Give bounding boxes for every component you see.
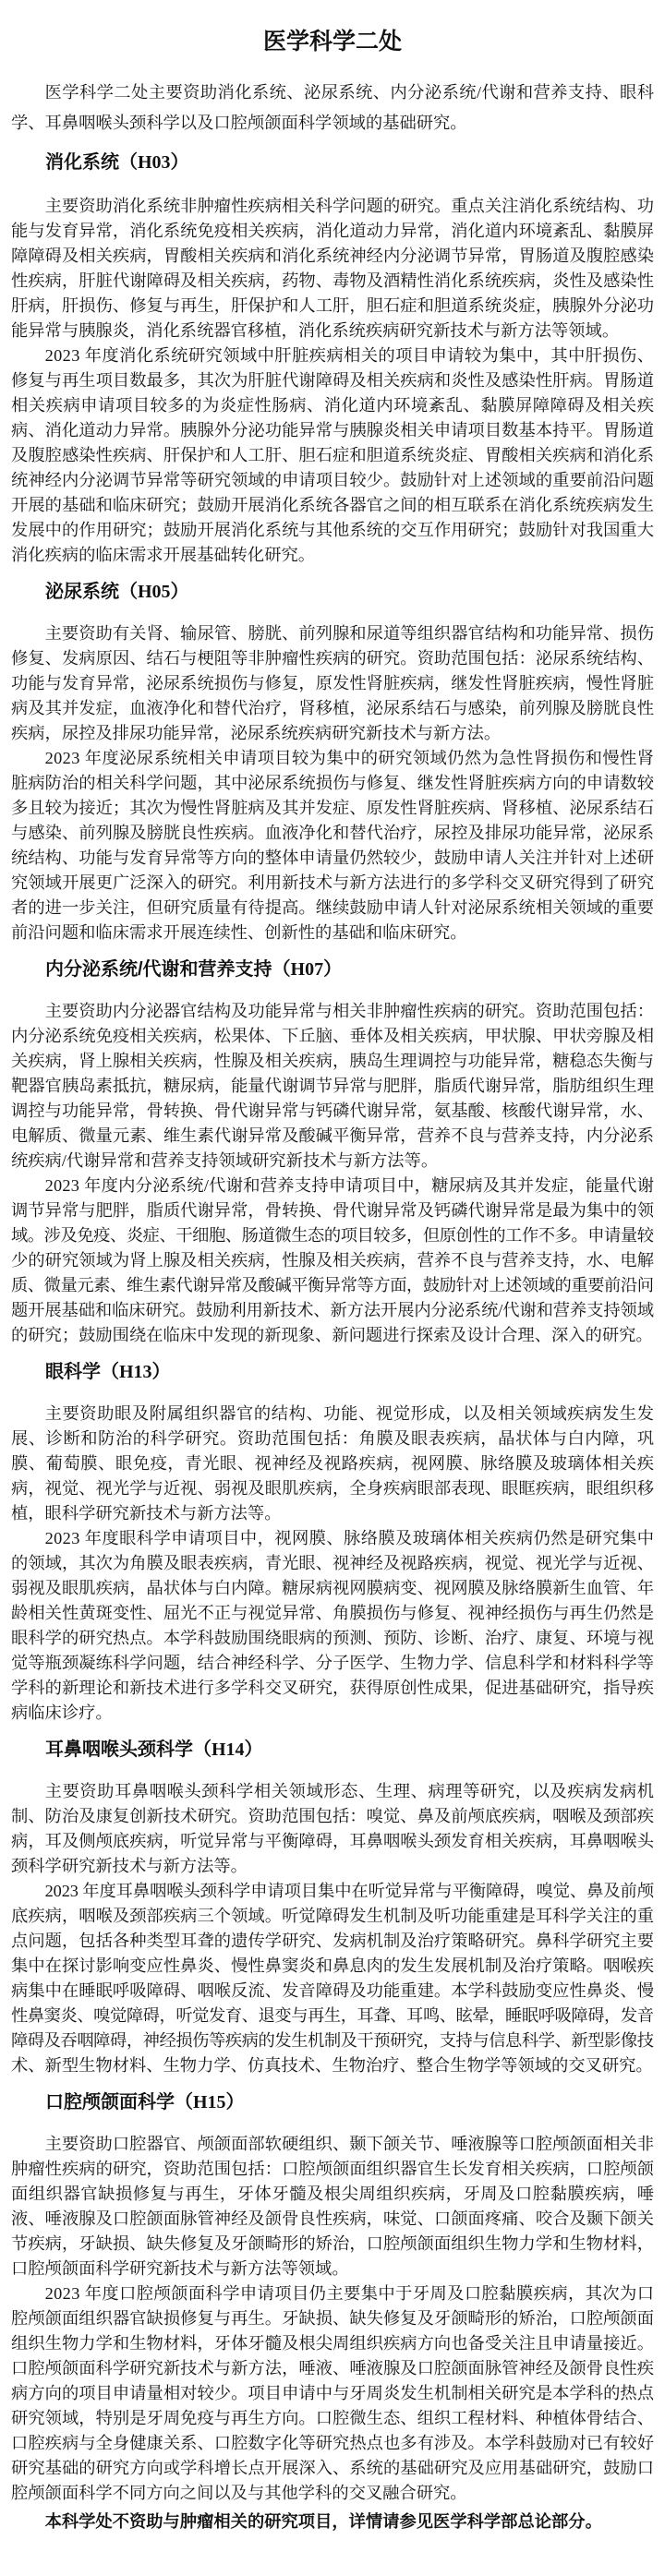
paragraph: 2023 年度消化系统研究领域中肝脏疾病相关的项目申请较为集中，其中肝损伤、 修… (11, 343, 654, 568)
text-line: 膜、葡萄膜、眼免疫，青光眼、视神经及视路疾病，视网膜、脉络膜及玻璃体相关疾 (11, 1451, 654, 1476)
heading-code: （H15） (175, 2092, 245, 2113)
section-digestive-system: 消化系统（H03） 主要资助消化系统非肿瘤性疾病相关科学问题的研究。重点关注消化… (11, 149, 654, 568)
text-line: 病集中在睡眠呼吸障碍、咽喉反流、发音障碍及功能重建。本学科鼓励变应性鼻炎、慢 (11, 1979, 654, 2004)
text-line: 展、诊断和防治的科学研究。资助范围包括：角膜及眼表疾病，晶状体与白内障，巩 (11, 1426, 654, 1451)
text-line: 病临床诊疗。 (11, 1701, 654, 1726)
text-line: 病，视觉、视光学与近视、弱视及眼肌疾病，全身疾病眼部表现、眼眶疾病，眼组织移 (11, 1476, 654, 1501)
heading-name: 口腔颅颌面科学 (45, 2092, 175, 2113)
text-line: 术、新型生物材料、生物力学、仿真技术、生物治疗、整合生物学等领域的交叉研究。 (11, 2053, 654, 2078)
text-line: 点问题，包括各种类型耳聋的遗传学研究、发病机制及治疗策略研究。鼻科学研究主要 (11, 1929, 654, 1954)
text-line: 脏病防治的相关科学问题，其中泌尿系统损伤与修复、继发性肾脏疾病方向的申请数较 (11, 771, 654, 796)
footnote: 本科学处不资助与肿瘤相关的研究项目，详情请参见医学科学部总论部分。 (11, 2509, 654, 2534)
text-line: 的领域，其次为角膜及眼表疾病，青光眼、视神经及视路疾病，视觉、视光学与近视、 (11, 1551, 654, 1576)
text-line: 修复与再生项目数最多，其次为肝脏代谢障碍及相关疾病和炎性及感染性肝病。胃肠道 (11, 368, 654, 393)
text-line: 究领域开展更广泛深入的研究。利用新技术与新方法进行的多学科交叉研究得到了研究 (11, 871, 654, 896)
text-line: 调节异常与肥胖，脂质代谢异常，骨转换、骨代谢异常及钙磷代谢异常是最为集中的领 (11, 1198, 654, 1223)
text-line: 主要资助内分泌器官结构及功能异常与相关非肿瘤性疾病的研究。资助范围包括： (11, 999, 654, 1024)
paragraph: 2023 年度内分泌系统/代谢和营养支持申请项目中，糖尿病及其并发症，能量代谢 … (11, 1174, 654, 1348)
text-line: 节疾病，牙缺损、缺失修复及牙颌畸形的矫治，口腔颅颌面组织生物力学和生物材料， (11, 2232, 654, 2257)
text-line: 龄相关性黄斑变性、屈光不正与视觉异常、角膜损伤与修复、视神经损伤与再生仍然是 (11, 1601, 654, 1626)
paragraph: 2023 年度泌尿系统相关申请项目较为集中的研究领域仍然为急性肾损伤和慢性肾 脏… (11, 746, 654, 945)
text-line: 性疾病，肝脏代谢障碍及相关疾病，药物、毒物及酒精性消化系统疾病，炎性及感染性 (11, 269, 654, 294)
text-line: 病方向的项目申请量相对较少。项目申请中与牙周炎发生机制相关研究是本学科的热点 (11, 2381, 654, 2406)
section-heading: 消化系统（H03） (11, 149, 654, 176)
section-heading: 耳鼻咽喉头颈科学（H14） (11, 1736, 654, 1763)
text-line: 底疾病，咽喉及颈部疾病三个领域。听觉障碍发生机制及听功能重建是耳科学关注的重 (11, 1904, 654, 1929)
text-line: 主要资助有关肾、输尿管、膀胱、前列腺和尿道等组织器官结构和功能异常、损伤 (11, 621, 654, 646)
text-line: 消化疾病的临床需求开展基础转化研究。 (11, 543, 654, 568)
text-line: 题开展基础和临床研究。鼓励利用新技术、新方法开展内分泌系统/代谢和营养支持领域 (11, 1298, 654, 1323)
text-line: 疾病，尿控及排尿功能异常，泌尿系统疾病研究新技术与新方法。 (11, 721, 654, 746)
text-line: 能与发育异常，消化系统免疫相关疾病，消化道动力异常，消化道内环境紊乱、黏膜屏 (11, 219, 654, 244)
text-line: 质、微量元素、维生素代谢异常及酸碱平衡异常等方面，鼓励针对上述领域的重要前沿问 (11, 1273, 654, 1298)
text-line: 颈科学研究新技术与新方法等。 (11, 1854, 654, 1879)
text-line: 医学科学二处主要资助消化系统、泌尿系统、内分泌系统/代谢和营养支持、眼科 (11, 78, 654, 108)
heading-name: 耳鼻咽喉头颈科学 (45, 1739, 193, 1760)
text-line: 相关疾病申请项目较多的为炎症性肠病、消化道内环境紊乱、黏膜屏障障碍及相关疾 (11, 393, 654, 418)
heading-code: （H05） (119, 582, 189, 602)
text-line: 者的进一步关注，但研究质量有待提高。继续鼓励申请人针对泌尿系统相关领域的重要 (11, 896, 654, 921)
text-line: 研究领域，特别是牙周免疫与再生方向。口腔微生态、组织工程材料、种植体骨结合、 (11, 2406, 654, 2431)
paragraph: 主要资助耳鼻咽喉头颈科学相关领域形态、生理、病理等研究，以及疾病发病机 制、防治… (11, 1779, 654, 1879)
paragraph: 2023 年度耳鼻咽喉头颈科学申请项目集中在听觉异常与平衡障碍，嗅觉、鼻及前颅 … (11, 1879, 654, 2078)
text-line: 统神经内分泌调节异常等研究领域的申请项目较少。鼓励针对上述领域的重要前沿问题 (11, 468, 654, 493)
paragraph: 主要资助眼及附属组织器官的结构、功能、视觉形成，以及相关领域疾病发生发 展、诊断… (11, 1402, 654, 1526)
paragraph: 主要资助内分泌器官结构及功能异常与相关非肿瘤性疾病的研究。资助范围包括： 内分泌… (11, 999, 654, 1174)
text-line: 靶器官胰岛素抵抗，糖尿病，能量代谢调节异常与肥胖，脂质代谢异常，脂肪组织生理 (11, 1074, 654, 1099)
text-line: 研究基础的研究方向或学科增长点开展深入、系统的基础研究及应用基础研究，鼓励口 (11, 2456, 654, 2481)
text-line: 障障碍及相关疾病，胃酸相关疾病和消化系统神经内分泌调节异常，胃肠道及腹腔感染 (11, 244, 654, 269)
text-line: 多且较为接近；其次为慢性肾脏病及其并发症、原发性肾脏疾病、肾移植、泌尿系结石 (11, 796, 654, 821)
section-otorhinolaryngology: 耳鼻咽喉头颈科学（H14） 主要资助耳鼻咽喉头颈科学相关领域形态、生理、病理等研… (11, 1736, 654, 2078)
text-line: 关疾病，肾上腺相关疾病，性腺及相关疾病，胰岛生理调控与功能异常，糖稳态失衡与 (11, 1049, 654, 1074)
text-line: 性鼻窦炎、嗅觉障碍，听觉发育、退变与再生，耳聋、耳鸣、眩晕，睡眠呼吸障碍，发音 (11, 2004, 654, 2028)
section-heading: 口腔颅颌面科学（H15） (11, 2088, 654, 2116)
section-heading: 内分泌系统/代谢和营养支持（H07） (11, 956, 654, 983)
text-line: 开展的基础和临床研究；鼓励开展消化系统各器官之间的相互联系在消化系统疾病发生 (11, 493, 654, 518)
heading-code: （H07） (272, 959, 343, 980)
section-heading: 眼科学（H13） (11, 1358, 654, 1386)
paragraph: 主要资助口腔器官、颅颌面部软硬组织、颞下颌关节、唾液腺等口腔颅颌面相关非 肿瘤性… (11, 2132, 654, 2281)
text-line: 与感染、前列腺及膀胱良性疾病。血液净化和替代治疗，尿控及排尿功能异常，泌尿系 (11, 821, 654, 846)
text-line: 统结构、功能与发育异常等方向的整体申请量仍然较少，鼓励申请人关注并针对上述研 (11, 846, 654, 871)
text-line: 病、消化道动力异常。胰腺外分泌功能异常与胰腺炎相关申请项目数基本持平。胃肠道 (11, 418, 654, 443)
text-line: 液、唾液腺及口腔颌面脉管神经及颌骨良性疾病，味觉、口颌面疼痛、咬合及颞下颌关 (11, 2207, 654, 2232)
paragraph: 2023 年度眼科学申请项目中，视网膜、脉络膜及玻璃体相关疾病仍然是研究集中 的… (11, 1526, 654, 1726)
text-line: 能异常与胰腺炎，消化系统器官移植，消化系统疾病研究新技术与新方法等领域。 (11, 319, 654, 343)
text-line: 2023 年度耳鼻咽喉头颈科学申请项目集中在听觉异常与平衡障碍，嗅觉、鼻及前颅 (11, 1879, 654, 1904)
text-line: 2023 年度口腔颅颌面科学申请项目仍主要集中于牙周及口腔黏膜疾病，其次为口 (11, 2281, 654, 2306)
text-line: 2023 年度泌尿系统相关申请项目较为集中的研究领域仍然为急性肾损伤和慢性肾 (11, 746, 654, 771)
text-line: 口腔颅颌面科学研究新技术与新方法等领域。 (11, 2257, 654, 2281)
paragraph: 主要资助有关肾、输尿管、膀胱、前列腺和尿道等组织器官结构和功能异常、损伤 修复、… (11, 621, 654, 746)
heading-name: 消化系统 (45, 152, 119, 173)
text-line: 及腹腔感染性疾病、肝保护和人工肝、胆石症和胆道系统炎症、胃酸相关疾病和消化系 (11, 443, 654, 468)
text-line: 弱视及眼肌疾病，晶状体与白内障。糖尿病视网膜病变、视网膜及脉络膜新生血管、年 (11, 1576, 654, 1601)
text-line: 主要资助耳鼻咽喉头颈科学相关领域形态、生理、病理等研究，以及疾病发病机 (11, 1779, 654, 1804)
text-line: 眼科学的研究热点。本学科鼓励围绕眼病的预测、预防、诊断、治疗、康复、环境与视 (11, 1626, 654, 1651)
heading-code: （H14） (193, 1739, 263, 1760)
text-line: 2023 年度眼科学申请项目中，视网膜、脉络膜及玻璃体相关疾病仍然是研究集中 (11, 1526, 654, 1551)
text-line: 2023 年度消化系统研究领域中肝脏疾病相关的项目申请较为集中，其中肝损伤、 (11, 343, 654, 368)
text-line: 制、防治及康复创新技术研究。资助范围包括：嗅觉、鼻及前颅底疾病，咽喉及颈部疾 (11, 1804, 654, 1829)
text-line: 口腔颅颌面科学研究新技术与新方法，唾液、唾液腺及口腔颌面脉管神经及颌骨良性疾 (11, 2356, 654, 2381)
text-line: 集中在探讨影响变应性鼻炎、慢性鼻窦炎和鼻息肉的发生发展机制及治疗策略。咽喉疾 (11, 1954, 654, 1979)
text-line: 域。涉及免疫、炎症、干细胞、肠道微生态的项目较多，但原创性的工作不多。申请量较 (11, 1223, 654, 1248)
text-line: 学科的新理论和新技术进行多学科交叉研究，获得原创性成果，促进基础研究，指导疾 (11, 1676, 654, 1701)
text-line: 内分泌系统免疫相关疾病，松果体、下丘脑、垂体及相关疾病，甲状腺、甲状旁腺及相 (11, 1024, 654, 1049)
text-line: 障碍及吞咽障碍，神经损伤等疾病的发生机制及干预研究，支持与信息科学、新型影像技 (11, 2028, 654, 2053)
text-line: 面组织器官缺损修复与再生，牙体牙髓及根尖周组织疾病，牙周及口腔黏膜疾病，唾 (11, 2182, 654, 2207)
text-line: 电解质、微量元素、维生素代谢异常及酸碱平衡异常，营养不良与营养支持，内分泌系 (11, 1124, 654, 1149)
text-line: 主要资助口腔器官、颅颌面部软硬组织、颞下颌关节、唾液腺等口腔颅颌面相关非 (11, 2132, 654, 2157)
text-line: 2023 年度内分泌系统/代谢和营养支持申请项目中，糖尿病及其并发症，能量代谢 (11, 1174, 654, 1198)
text-line: 腔颅颌面科学不同方向之间以及与其他学科的交叉融合研究。 (11, 2481, 654, 2506)
paragraph: 主要资助消化系统非肿瘤性疾病相关科学问题的研究。重点关注消化系统结构、功 能与发… (11, 194, 654, 343)
text-line: 发展中的作用研究；鼓励开展消化系统与其他系统的交互作用研究；鼓励针对我国重大 (11, 518, 654, 543)
text-line: 统疾病/代谢异常和营养支持领域研究新技术与新方法等。 (11, 1149, 654, 1174)
text-line: 调控与功能异常，骨转换、骨代谢异常与钙磷代谢异常，氨基酸、核酸代谢异常，水、 (11, 1099, 654, 1124)
text-line: 肝病，肝损伤、修复与再生，肝保护和人工肝，胆石症和胆道系统炎症，胰腺外分泌功 (11, 294, 654, 319)
text-line: 觉等瓶颈凝练科学问题，结合神经科学、分子医学、生物力学、信息科学和材料科学等 (11, 1651, 654, 1676)
text-line: 组织生物力学和生物材料，牙体牙髓及根尖周组织疾病方向也备受关注且申请量接近。 (11, 2331, 654, 2356)
text-line: 学、耳鼻咽喉头颈科学以及口腔颅颌面科学领域的基础研究。 (11, 108, 654, 138)
text-line: 病及其并发症，血液净化和替代治疗，肾移植，泌尿系结石与感染，前列腺及膀胱良性 (11, 696, 654, 721)
text-line: 肿瘤性疾病的研究，资助范围包括：口腔颅颌面组织器官生长发育相关疾病，口腔颅颌 (11, 2157, 654, 2182)
text-line: 腔颅颌面组织器官缺损修复与再生。牙缺损、缺失修复及牙颌畸形的矫治，口腔颅颌面 (11, 2306, 654, 2331)
text-line: 功能与发育异常，泌尿系统损伤与修复，原发性肾脏疾病，继发性肾脏疾病，慢性肾脏 (11, 671, 654, 696)
text-line: 口腔疾病与全身健康关系、口腔数字化等研究热点也多有涉及。本学科鼓励对已有较好 (11, 2431, 654, 2456)
heading-code: （H03） (119, 152, 189, 173)
text-line: 的研究；鼓励围绕在临床中发现的新现象、新问题进行探索及设计合理、深入的研究。 (11, 1323, 654, 1348)
section-heading: 泌尿系统（H05） (11, 578, 654, 606)
heading-name: 眼科学 (45, 1362, 101, 1382)
text-line: 少的研究领域为肾上腺及相关疾病，性腺及相关疾病，营养不良与营养支持，水、电解 (11, 1248, 654, 1273)
text-line: 植，眼科学研究新技术与新方法等。 (11, 1501, 654, 1526)
text-line: 主要资助眼及附属组织器官的结构、功能、视觉形成，以及相关领域疾病发生发 (11, 1402, 654, 1426)
section-ophthalmology: 眼科学（H13） 主要资助眼及附属组织器官的结构、功能、视觉形成，以及相关领域疾… (11, 1358, 654, 1726)
paragraph: 2023 年度口腔颅颌面科学申请项目仍主要集中于牙周及口腔黏膜疾病，其次为口 腔… (11, 2281, 654, 2506)
heading-name: 泌尿系统 (45, 582, 119, 602)
heading-code: （H13） (101, 1362, 171, 1382)
document-page: 医学科学二处 医学科学二处主要资助消化系统、泌尿系统、内分泌系统/代谢和营养支持… (0, 0, 665, 2576)
intro-paragraph: 医学科学二处主要资助消化系统、泌尿系统、内分泌系统/代谢和营养支持、眼科 学、耳… (11, 78, 654, 138)
text-line: 前沿问题和临床需求开展连续性、创新性的基础和临床研究。 (11, 921, 654, 945)
section-endocrine-metabolism-nutrition: 内分泌系统/代谢和营养支持（H07） 主要资助内分泌器官结构及功能异常与相关非肿… (11, 956, 654, 1348)
page-title: 医学科学二处 (11, 0, 654, 55)
text-line: 病，耳及侧颅底疾病，听觉异常与平衡障碍，耳鼻咽喉头颈发育相关疾病，耳鼻咽喉头 (11, 1829, 654, 1854)
text-line: 主要资助消化系统非肿瘤性疾病相关科学问题的研究。重点关注消化系统结构、功 (11, 194, 654, 219)
heading-name: 内分泌系统/代谢和营养支持 (45, 959, 272, 980)
text-line: 修复、发病原因、结石与梗阻等非肿瘤性疾病的研究。资助范围包括：泌尿系统结构、 (11, 646, 654, 671)
section-oral-craniomaxillofacial: 口腔颅颌面科学（H15） 主要资助口腔器官、颅颌面部软硬组织、颞下颌关节、唾液腺… (11, 2088, 654, 2506)
section-urinary-system: 泌尿系统（H05） 主要资助有关肾、输尿管、膀胱、前列腺和尿道等组织器官结构和功… (11, 578, 654, 945)
